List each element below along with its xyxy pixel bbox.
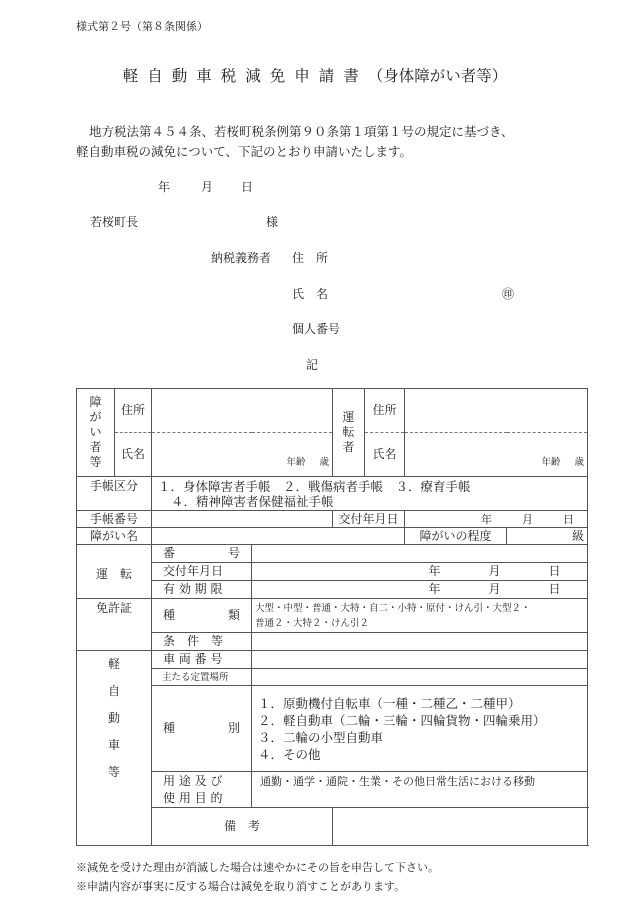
notebook-type-line-2: ４．精神障害者保健福祉手帳 [158, 494, 584, 509]
disability-name-label: 障がい名 [77, 528, 152, 545]
notebook-type-options[interactable]: １．身体障害者手帳 ２．戦傷病者手帳 ３．療育手帳 ４．精神障害者保健福祉手帳 [152, 477, 588, 511]
disability-name-field[interactable] [152, 528, 405, 545]
taxpayer-label: 納税義務者 [211, 249, 271, 266]
date-year-field[interactable]: 年 [158, 178, 170, 195]
age-unit: 歳 [319, 457, 329, 468]
vehicle-plate-field[interactable] [252, 651, 588, 669]
license-conditions-label: 条 件 等 [152, 633, 252, 651]
seal-mark: ㊞ [502, 285, 514, 302]
license-issue-date-field[interactable]: 年月日 [252, 563, 588, 581]
date-month-field[interactable]: 月 [201, 178, 213, 195]
addressee-name: 若桜町長 [90, 213, 138, 230]
taxpayer-address-label: 住 所 [292, 249, 328, 266]
disabled-person-label: 障がい者等 [77, 389, 115, 477]
license-type-options[interactable]: 大型・中型・普通・大特・自二・小特・原付・けん引・大型２・ 普通２・大特２・けん… [252, 599, 588, 633]
note-1: ※減免を受けた理由が消滅した場合は速やかにその旨を申告して下さい。 [76, 858, 439, 877]
my-number-label: 個人番号 [292, 320, 340, 337]
vehicle-kind-options[interactable]: １．原動機付自転車（一種・二種乙・二種甲） ２．軽自動車（二輪・三輪・四輪貨物・… [252, 686, 588, 772]
license-conditions-field[interactable] [252, 633, 588, 651]
notes: ※減免を受けた理由が消滅した場合は速やかにその旨を申告して下さい。 ※申請内容が… [76, 858, 439, 896]
disabled-name-field[interactable]: 年齢歳 [152, 433, 333, 477]
title-sub: （身体障がい者等） [368, 67, 508, 85]
page-title: 軽自動車税減免申請書（身体障がい者等） [0, 64, 630, 86]
license-label-top: 運 転 [77, 545, 152, 599]
license-number-field[interactable] [252, 545, 588, 563]
license-issue-date-label: 交付年月日 [152, 563, 252, 581]
driver-address-field[interactable] [405, 389, 588, 433]
age-unit: 歳 [574, 457, 584, 468]
remarks-field[interactable] [333, 808, 588, 846]
note-2: ※申請内容が事実に反する場合は減免を取り消すことがあります。 [76, 877, 439, 896]
remarks-label: 備 考 [152, 808, 333, 846]
notebook-type-label: 手帳区分 [77, 477, 152, 511]
disabled-name-label: 氏名 [115, 433, 152, 477]
driver-name-label: 氏名 [365, 433, 405, 477]
license-type-label: 種類 [152, 599, 252, 633]
age-label: 年齢 [541, 457, 560, 468]
ki-label: 記 [306, 356, 318, 373]
age-label: 年齢 [286, 457, 305, 468]
vehicle-plate-label: 車 両 番 号 [152, 651, 252, 669]
driver-address-label: 住所 [365, 389, 405, 433]
notebook-number-label: 手帳番号 [77, 511, 152, 528]
intro-line-2: 軽自動車税の減免について、下記のとおり申請いたします。 [76, 142, 514, 162]
title-main: 軽自動車税減免申請書 [123, 67, 368, 85]
disabled-address-field[interactable] [152, 389, 333, 433]
intro-text: 地方税法第４５４条、若桜町税条例第９０条第１項第１号の規定に基づき、 軽自動車税… [76, 122, 514, 162]
application-table: 障がい者等 住所 運転者 住所 氏名 年齢歳 氏名 年齢歳 手帳区分 １．身体障… [76, 388, 588, 846]
taxpayer-name-label: 氏 名 [292, 285, 328, 302]
notebook-number-field[interactable] [152, 511, 333, 528]
vehicle-storage-field[interactable] [252, 669, 588, 686]
driver-name-field[interactable]: 年齢歳 [405, 433, 588, 477]
form-number: 様式第２号（第８条関係） [76, 18, 208, 34]
vehicle-label: 軽 自 動 車 等 [77, 651, 152, 846]
license-expiry-field[interactable]: 年月日 [252, 581, 588, 599]
license-number-label: 番号 [152, 545, 252, 563]
disability-degree-field[interactable]: 級 [507, 528, 588, 545]
driver-label: 運転者 [333, 389, 365, 477]
disability-degree-label: 障がいの程度 [405, 528, 507, 545]
disabled-address-label: 住所 [115, 389, 152, 433]
notebook-type-line-1: １．身体障害者手帳 ２．戦傷病者手帳 ３．療育手帳 [158, 479, 584, 494]
issue-date-field[interactable]: 年月日 [405, 511, 588, 528]
issue-date-label: 交付年月日 [333, 511, 405, 528]
vehicle-purpose-options[interactable]: 通勤・通学・通院・生業・その他日常生活における移動 [252, 772, 588, 808]
license-label-bottom: 免許証 [77, 599, 152, 651]
intro-line-1: 地方税法第４５４条、若桜町税条例第９０条第１項第１号の規定に基づき、 [76, 122, 514, 142]
vehicle-kind-label: 種別 [152, 686, 252, 772]
date-day-field[interactable]: 日 [241, 178, 253, 195]
vehicle-storage-label: 主たる定置場所 [152, 669, 252, 686]
addressee-honorific: 様 [266, 213, 278, 230]
license-expiry-label: 有 効 期 限 [152, 581, 252, 599]
vehicle-purpose-label: 用 途 及 び 使 用 目 的 [152, 772, 252, 808]
